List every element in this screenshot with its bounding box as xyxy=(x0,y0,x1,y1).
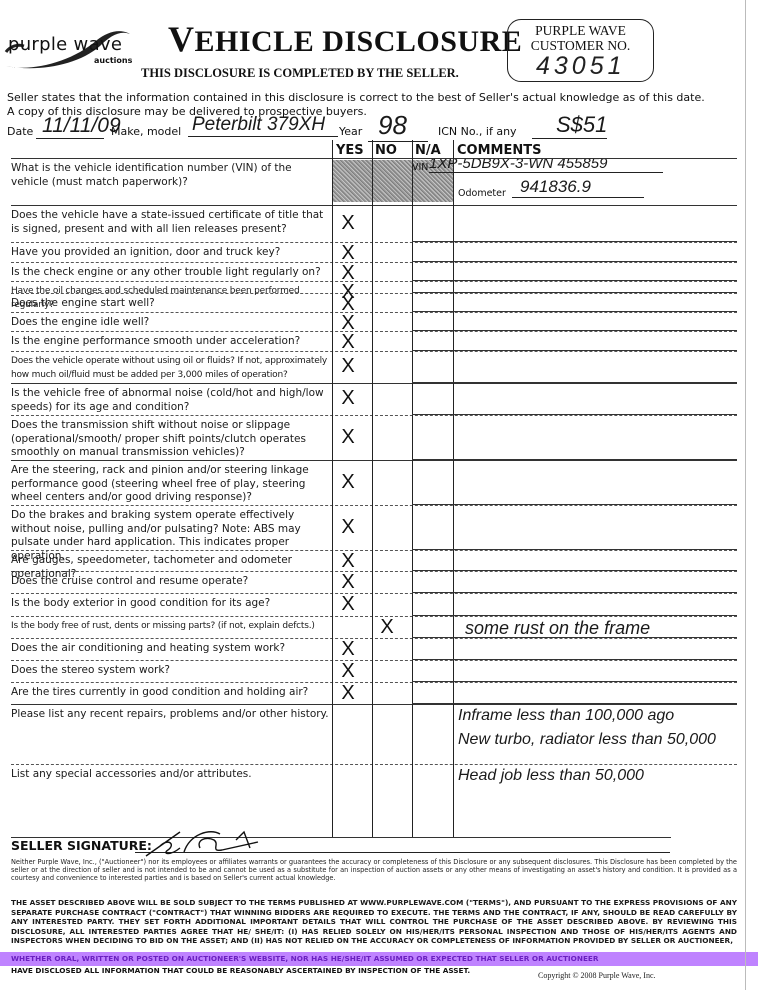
year-field[interactable]: 98 xyxy=(368,110,428,142)
answer-yes-checkbox[interactable]: X xyxy=(333,516,363,540)
question-text: Is the check engine or any other trouble… xyxy=(11,266,331,280)
answer-no-checkbox[interactable] xyxy=(372,660,402,684)
page-subtitle: THIS DISCLOSURE IS COMPLETED BY THE SELL… xyxy=(141,66,459,81)
purple-wave-logo: purple wave auctions xyxy=(2,22,152,72)
comment-underline xyxy=(412,280,737,281)
answer-na-checkbox[interactable] xyxy=(412,387,442,411)
comment-underline xyxy=(412,615,737,616)
answer-no-checkbox[interactable] xyxy=(372,593,402,617)
make-model-label: Make, model xyxy=(111,125,181,138)
comment-underline xyxy=(412,261,737,262)
odometer-label: Odometer xyxy=(458,188,506,199)
question-text: Does the cruise control and resume opera… xyxy=(11,575,331,589)
comment-field[interactable]: Inframe less than 100,000 ago xyxy=(458,707,674,725)
page-edge xyxy=(745,0,746,990)
question-text: Is the body free of rust, dents or missi… xyxy=(11,620,331,634)
answer-no-checkbox[interactable] xyxy=(372,387,402,411)
row-divider xyxy=(11,383,737,384)
customer-number-value[interactable]: 43051 xyxy=(536,52,626,81)
answer-yes-checkbox[interactable]: X xyxy=(333,355,363,379)
answer-no-checkbox[interactable] xyxy=(372,426,402,450)
page-title: VEHICLE DISCLOSURE xyxy=(168,18,522,60)
comment-underline xyxy=(412,459,737,460)
icn-label: ICN No., if any xyxy=(438,125,517,138)
answer-no-checkbox[interactable] xyxy=(372,331,402,355)
intro-statement: Seller states that the information conta… xyxy=(7,91,705,104)
answer-yes-checkbox[interactable] xyxy=(333,789,363,813)
answer-yes-checkbox[interactable]: X xyxy=(333,660,363,684)
comment-underline xyxy=(412,703,737,704)
comment-underline xyxy=(412,592,737,593)
comment-underline xyxy=(412,414,737,415)
answer-no-checkbox[interactable] xyxy=(372,571,402,595)
comment-underline xyxy=(412,382,737,383)
row-divider xyxy=(11,158,737,159)
column-divider xyxy=(453,140,454,837)
answer-na-checkbox[interactable] xyxy=(412,212,442,236)
answer-na-checkbox[interactable] xyxy=(412,789,442,813)
answer-no-checkbox[interactable] xyxy=(372,722,402,746)
answer-yes-checkbox[interactable]: X xyxy=(333,426,363,450)
answer-yes-checkbox[interactable]: X xyxy=(333,387,363,411)
answer-no-checkbox[interactable] xyxy=(372,516,402,540)
logo-sub-text: auctions xyxy=(94,56,132,65)
seller-signature-label: SELLER SIGNATURE: xyxy=(11,838,152,853)
row-divider xyxy=(11,205,737,206)
answer-yes-checkbox[interactable] xyxy=(333,616,363,640)
comment-underline xyxy=(412,681,737,682)
answer-na-checkbox[interactable] xyxy=(412,355,442,379)
question-text: Is the vehicle free of abnormal noise (c… xyxy=(11,387,331,414)
vin-label: VIN xyxy=(412,162,428,173)
answer-no-checkbox[interactable] xyxy=(372,682,402,706)
question-text: Please list any recent repairs, problems… xyxy=(11,708,331,722)
seller-signature-scrawl xyxy=(140,826,310,862)
year-label: Year xyxy=(339,125,362,138)
comment-underline xyxy=(412,659,737,660)
odometer-field[interactable]: 941836.9 xyxy=(512,177,644,198)
row-divider xyxy=(11,505,737,506)
answer-no-checkbox[interactable] xyxy=(372,212,402,236)
answer-na-checkbox[interactable] xyxy=(412,516,442,540)
icn-field[interactable]: S$51 xyxy=(532,112,607,139)
row-divider xyxy=(11,460,737,461)
customer-number-box: PURPLE WAVE CUSTOMER NO. 43051 xyxy=(507,19,654,82)
question-text: Does the engine idle well? xyxy=(11,316,331,330)
answer-yes-checkbox[interactable] xyxy=(333,722,363,746)
question-text: List any special accessories and/or attr… xyxy=(11,768,331,782)
answer-yes-checkbox[interactable]: X xyxy=(333,571,363,595)
answer-no-checkbox[interactable] xyxy=(372,355,402,379)
date-label: Date xyxy=(7,125,33,138)
answer-yes-checkbox[interactable]: X xyxy=(333,471,363,495)
comment-underline xyxy=(412,292,737,293)
question-text: What is the vehicle identification numbe… xyxy=(11,162,331,189)
answer-yes-checkbox[interactable]: X xyxy=(333,682,363,706)
terms-paragraph: THE ASSET DESCRIBED ABOVE WILL BE SOLD S… xyxy=(11,898,737,946)
answer-yes-checkbox[interactable]: X xyxy=(333,331,363,355)
answer-na-checkbox[interactable] xyxy=(412,471,442,495)
answer-no-checkbox[interactable] xyxy=(372,789,402,813)
terms-final-line: HAVE DISCLOSED ALL INFORMATION THAT COUL… xyxy=(11,966,470,975)
question-text: Is the body exterior in good condition f… xyxy=(11,597,331,611)
comment-underline xyxy=(412,504,737,505)
comment-underline xyxy=(412,311,737,312)
customer-box-label-2: CUSTOMER NO. xyxy=(508,38,653,53)
question-text: Does the transmission shift without nois… xyxy=(11,419,331,460)
column-header-yes: YES xyxy=(336,143,364,158)
comment-field[interactable]: some rust on the frame xyxy=(465,618,650,639)
row-divider xyxy=(11,415,737,416)
answer-yes-checkbox[interactable]: X xyxy=(333,593,363,617)
answer-yes-checkbox[interactable]: X xyxy=(333,638,363,662)
question-text: Does the air conditioning and heating sy… xyxy=(11,642,331,656)
comment-field[interactable]: Head job less than 50,000 xyxy=(458,767,644,785)
question-text: Is the engine performance smooth under a… xyxy=(11,335,331,349)
comment-underline xyxy=(412,570,737,571)
answer-no-checkbox[interactable] xyxy=(372,471,402,495)
answer-na-checkbox[interactable] xyxy=(412,593,442,617)
question-text: Does the vehicle have a state-issued cer… xyxy=(11,209,331,236)
question-text: Does the engine start well? xyxy=(11,297,331,311)
question-text: Are the steering, rack and pinion and/or… xyxy=(11,464,331,505)
answer-no-checkbox[interactable] xyxy=(372,638,402,662)
copyright-notice: Copyright © 2008 Purple Wave, Inc. xyxy=(538,971,656,980)
question-text: Are the tires currently in good conditio… xyxy=(11,686,331,700)
comment-field[interactable]: New turbo, radiator less than 50,000 xyxy=(458,731,716,749)
column-header-no: NO xyxy=(375,143,397,158)
answer-yes-checkbox[interactable]: X xyxy=(333,212,363,236)
logo-brand-text: purple wave xyxy=(8,34,122,55)
question-text: Have you provided an ignition, door and … xyxy=(11,246,331,260)
question-text: Does the stereo system work? xyxy=(11,664,331,678)
comment-underline xyxy=(412,549,737,550)
date-field[interactable]: 11/11/09 xyxy=(36,114,104,139)
comment-underline xyxy=(412,241,737,242)
highlighted-terms-line: WHETHER ORAL, WRITTEN OR POSTED ON AUCTI… xyxy=(11,954,737,963)
answer-na-checkbox[interactable] xyxy=(412,426,442,450)
make-model-field[interactable]: Peterbilt 379XH xyxy=(188,114,338,137)
answer-no-checkbox[interactable]: X xyxy=(372,616,402,640)
answer-na-checkbox[interactable] xyxy=(412,722,442,746)
row-divider xyxy=(11,764,737,765)
comment-underline xyxy=(412,330,737,331)
answer-na-checkbox[interactable] xyxy=(412,331,442,355)
question-text: Does the vehicle operate without using o… xyxy=(11,355,331,382)
comment-underline xyxy=(412,350,737,351)
customer-box-label-1: PURPLE WAVE xyxy=(508,23,653,38)
disclaimer-paragraph: Neither Purple Wave, Inc., ("Auctioneer"… xyxy=(11,858,737,882)
